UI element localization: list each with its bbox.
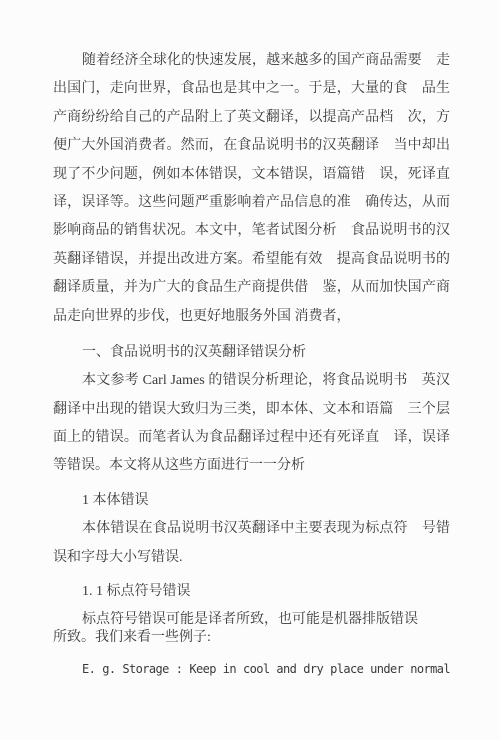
body-text-line: 现了不少问题，例如本体错误，文本错误，语篇错 误，死译直 — [53, 161, 450, 189]
section-heading-line: 1 本体错误 — [53, 487, 450, 515]
document-page: 随着经济全球化的快速发展，越来越多的国产商品需要 走 出国门，走向世界，食品也是… — [0, 0, 500, 740]
body-text-line: 误和字母大小写错误. — [53, 544, 450, 572]
body-text-line: 随着经济全球化的快速发展，越来越多的国产商品需要 走 — [53, 47, 450, 75]
body-text-line: 便广大外国消费者。然而，在食品说明书的汉英翻译 当中却出 — [53, 132, 450, 160]
body-text-line: 本文参考 Carl James 的错误分析理论，将食品说明书 英汉 — [53, 367, 450, 395]
body-text-line: 翻译中出现的错误大致归为三类，即本体、文本和语篇 三个层 — [53, 396, 450, 424]
body-text-line: 产商纷纷给自己的产品附上了英文翻译，以提高产品档 次，方 — [53, 104, 450, 132]
body-text-line: 本体错误在食品说明书汉英翻译中主要表现为标点符 号错 — [53, 515, 450, 543]
document-text-block: 随着经济全球化的快速发展，越来越多的国产商品需要 走 出国门，走向世界，食品也是… — [53, 47, 450, 684]
body-text-line: 译，误译等。这些问题严重影响着产品信息的准 确传达，从而 — [53, 189, 450, 217]
body-text-line: 影响商品的销售状况。本文中，笔者试图分析 食品说明书的汉 — [53, 217, 450, 245]
section-heading-line: 1. 1 标点符号错误 — [53, 578, 450, 606]
body-text-line: 等错误。本文将从这些方面进行一一分析 — [53, 452, 450, 480]
body-text-line: 英翻译错误，并提出改进方案。希望能有效 提高食品说明书的 — [53, 246, 450, 274]
body-text-line: 品走向世界的步伐，也更好地服务外国 消费者， — [53, 303, 450, 331]
example-line-english: E. g. Storage : Keep in cool and dry pla… — [53, 655, 450, 683]
body-text-line: 出国门，走向世界，食品也是其中之一。于是，大量的食 品生 — [53, 75, 450, 103]
body-text-line: 翻译质量，并为广大的食品生产商提供借 鉴，从而加快国产商 — [53, 274, 450, 302]
section-heading-line: 一、食品说明书的汉英翻译错误分析 — [53, 339, 450, 367]
body-text-line: 面上的错误。而笔者认为食品翻译过程中还有死译直 译，误译 — [53, 424, 450, 452]
